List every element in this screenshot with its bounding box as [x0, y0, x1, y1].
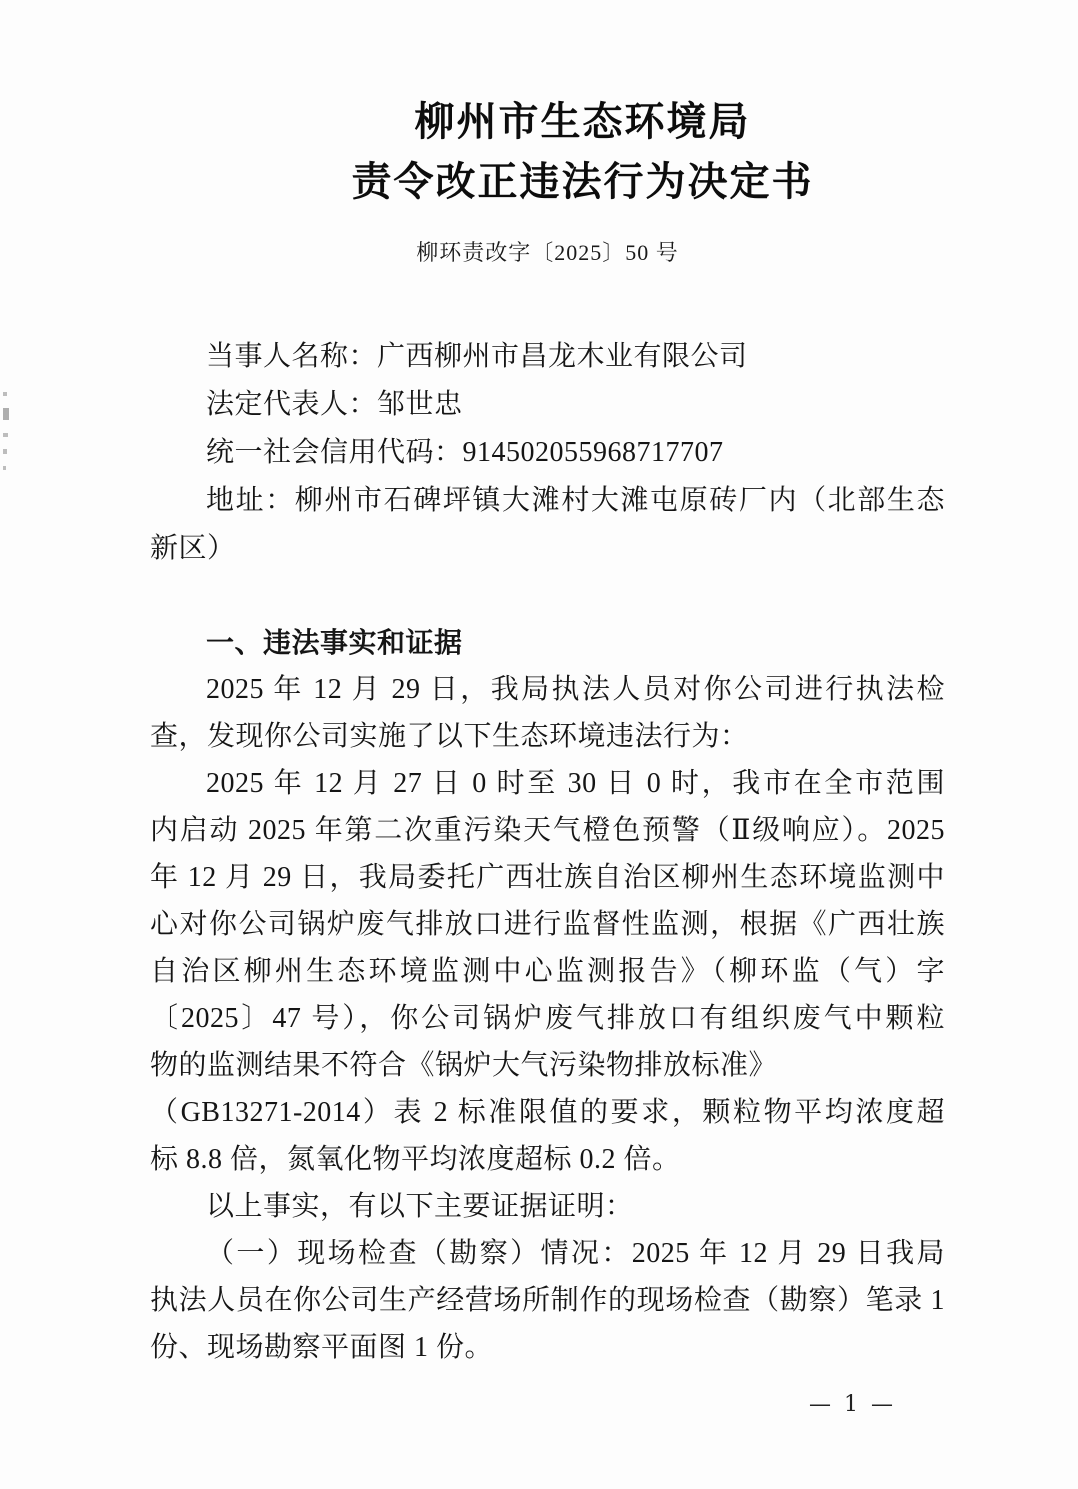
scanned-document-page: 柳州市生态环境局 责令改正违法行为决定书 柳环责改字〔2025〕50 号 当事人… [0, 0, 1078, 1489]
body-line: 份、现场勘察平面图 1 份。 [150, 1324, 945, 1371]
body-line: （GB13271-2014）表 2 标准限值的要求，颗粒物平均浓度超 [150, 1089, 945, 1136]
body-line: 自治区柳州生态环境监测中心监测报告》（柳环监（气）字 [150, 948, 945, 995]
body-line: 内启动 2025 年第二次重污染天气橙色预警（Ⅱ级响应）。2025 [150, 807, 945, 854]
body-line: 执法人员在你公司生产经营场所制作的现场检查（勘察）笔录 1 [150, 1277, 945, 1324]
page-number: — 1 — [809, 1392, 896, 1417]
body-line: 查，发现你公司实施了以下生态环境违法行为： [150, 713, 945, 760]
body-line: 心对你公司锅炉废气排放口进行监督性监测，根据《广西壮族 [150, 901, 945, 948]
section-1: 一、违法事实和证据 2025 年 12 月 29 日，我局执法人员对你公司进行执… [150, 619, 945, 1371]
section-1-heading: 一、违法事实和证据 [150, 619, 945, 666]
body-line: （一）现场检查（勘察）情况：2025 年 12 月 29 日我局 [150, 1230, 945, 1277]
document-type: 责令改正违法行为决定书 [220, 152, 945, 212]
document-content: 柳州市生态环境局 责令改正违法行为决定书 柳环责改字〔2025〕50 号 当事人… [150, 0, 945, 1371]
party-name-line: 当事人名称：广西柳州市昌龙木业有限公司 [150, 333, 945, 381]
body-line: 物的监测结果不符合《锅炉大气污染物排放标准》 [150, 1042, 945, 1089]
address-line-continued: 新区） [150, 525, 945, 573]
body-line: 〔2025〕47 号），你公司锅炉废气排放口有组织废气中颗粒 [150, 995, 945, 1042]
body-line: 以上事实，有以下主要证据证明： [150, 1183, 945, 1230]
body-line: 标 8.8 倍，氮氧化物平均浓度超标 0.2 倍。 [150, 1136, 945, 1183]
party-info-block: 当事人名称：广西柳州市昌龙木业有限公司 法定代表人：邹世忠 统一社会信用代码：9… [150, 333, 945, 573]
document-title: 柳州市生态环境局 责令改正违法行为决定书 [150, 92, 945, 212]
legal-representative-line: 法定代表人：邹世忠 [150, 381, 945, 429]
document-number: 柳环责改字〔2025〕50 号 [150, 236, 945, 267]
body-line: 年 12 月 29 日，我局委托广西壮族自治区柳州生态环境监测中 [150, 854, 945, 901]
body-line: 2025 年 12 月 29 日，我局执法人员对你公司进行执法检 [150, 666, 945, 713]
body-line: 2025 年 12 月 27 日 0 时至 30 日 0 时，我市在全市范围 [150, 760, 945, 807]
credit-code-line: 统一社会信用代码：914502055968717707 [150, 429, 945, 477]
scan-artifact [3, 392, 11, 470]
address-line: 地址：柳州市石碑坪镇大滩村大滩屯原砖厂内（北部生态 [150, 477, 945, 525]
agency-name: 柳州市生态环境局 [220, 92, 945, 152]
